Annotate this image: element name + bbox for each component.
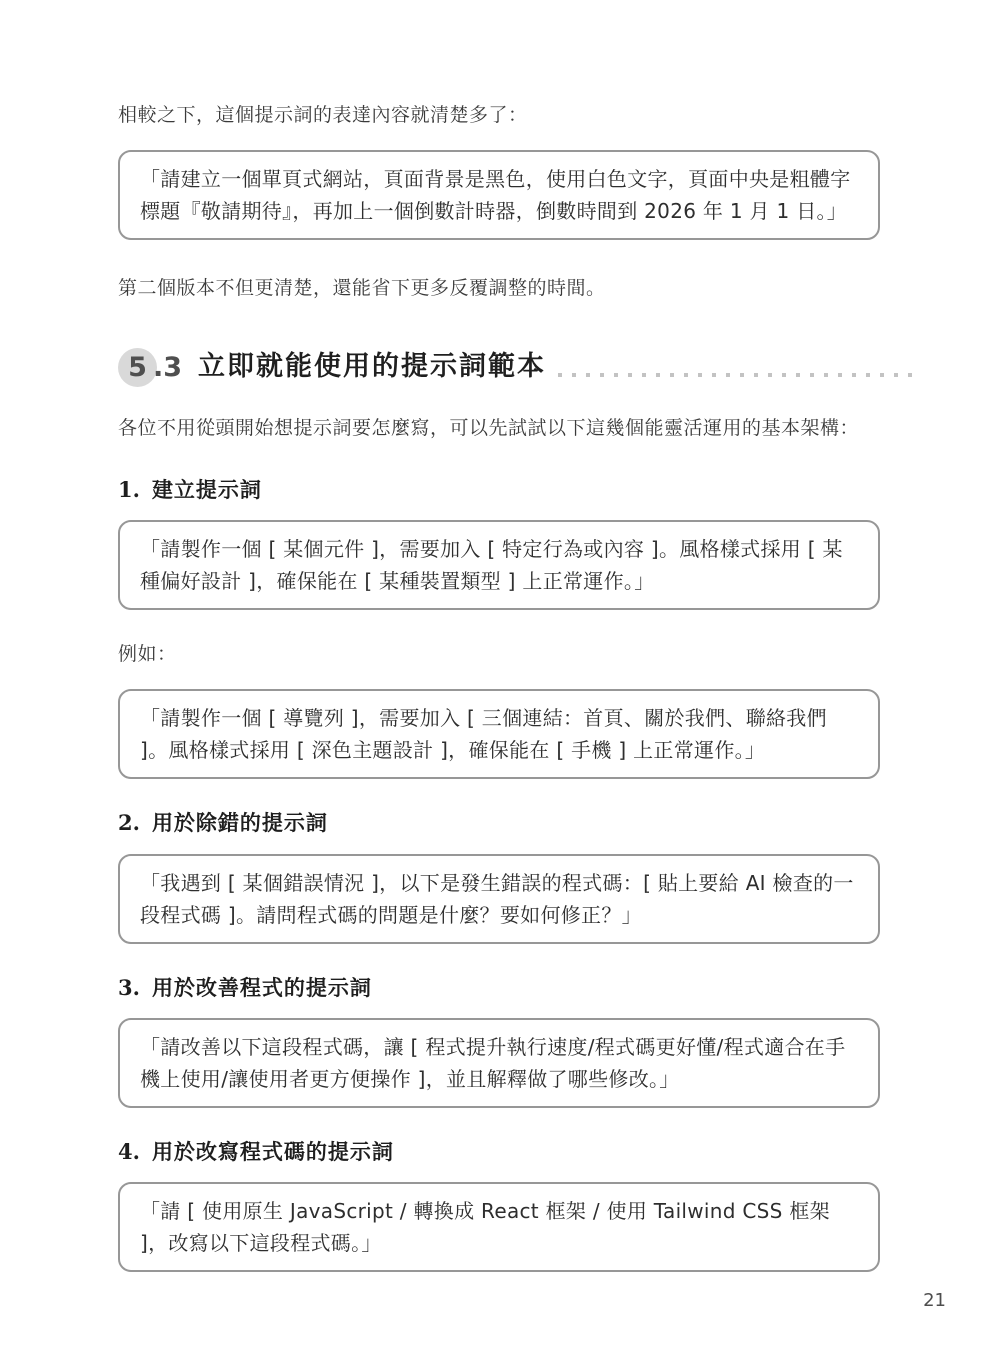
section-heading: 5 .3 立即就能使用的提示詞範本 bbox=[118, 348, 900, 387]
item-number: 4. bbox=[118, 1139, 140, 1164]
item-number: 2. bbox=[118, 810, 140, 835]
prompt-quote-text: 「請製作一個 [ 導覽列 ]，需要加入 [ 三個連結：首頁、關於我們、聯絡我們 … bbox=[140, 702, 858, 766]
intro-followup-text: 第二個版本不但更清楚，還能省下更多反覆調整的時間。 bbox=[118, 271, 900, 306]
item-title: 用於改善程式的提示詞 bbox=[152, 975, 372, 1000]
page-number: 21 bbox=[923, 1290, 946, 1311]
item-heading-4: 4.用於改寫程式碼的提示詞 bbox=[118, 1138, 900, 1165]
item-heading-3: 3.用於改善程式的提示詞 bbox=[118, 974, 900, 1001]
item-title: 用於除錯的提示詞 bbox=[152, 810, 328, 835]
prompt-quote-box-item1-example: 「請製作一個 [ 導覽列 ]，需要加入 [ 三個連結：首頁、關於我們、聯絡我們 … bbox=[118, 689, 880, 779]
prompt-quote-box-intro: 「請建立一個單頁式網站，頁面背景是黑色，使用白色文字，頁面中央是粗體字標題『敬請… bbox=[118, 150, 880, 240]
prompt-quote-text: 「請製作一個 [ 某個元件 ]，需要加入 [ 特定行為或內容 ]。風格樣式採用 … bbox=[140, 533, 858, 597]
prompt-quote-text: 「請改善以下這段程式碼，讓 [ 程式提升執行速度/程式碼更好懂/程式適合在手機上… bbox=[140, 1031, 858, 1095]
prompt-quote-text: 「請建立一個單頁式網站，頁面背景是黑色，使用白色文字，頁面中央是粗體字標題『敬請… bbox=[140, 163, 858, 227]
prompt-quote-box-item3: 「請改善以下這段程式碼，讓 [ 程式提升執行速度/程式碼更好懂/程式適合在手機上… bbox=[118, 1018, 880, 1108]
item-number: 3. bbox=[118, 975, 140, 1000]
item-heading-2: 2.用於除錯的提示詞 bbox=[118, 809, 900, 836]
section-title: 立即就能使用的提示詞範本 bbox=[198, 351, 546, 383]
prompt-quote-box-item2: 「我遇到 [ 某個錯誤情況 ]，以下是發生錯誤的程式碼：[ 貼上要給 AI 檢查… bbox=[118, 854, 880, 944]
item-title: 建立提示詞 bbox=[152, 477, 262, 502]
item-title: 用於改寫程式碼的提示詞 bbox=[152, 1139, 394, 1164]
item-number: 1. bbox=[118, 477, 140, 502]
section-sub-number: .3 bbox=[153, 354, 182, 381]
prompt-quote-box-item1: 「請製作一個 [ 某個元件 ]，需要加入 [ 特定行為或內容 ]。風格樣式採用 … bbox=[118, 520, 880, 610]
section-number: 5 .3 bbox=[118, 348, 182, 387]
section-intro-text: 各位不用從頭開始想提示詞要怎麼寫，可以先試試以下這幾個能靈活運用的基本架構： bbox=[118, 411, 900, 446]
dotted-leader-line bbox=[558, 373, 918, 377]
prompt-quote-text: 「我遇到 [ 某個錯誤情況 ]，以下是發生錯誤的程式碼：[ 貼上要給 AI 檢查… bbox=[140, 867, 858, 931]
prompt-quote-box-item4: 「請 [ 使用原生 JavaScript / 轉換成 React 框架 / 使用… bbox=[118, 1182, 880, 1272]
book-page: 相較之下，這個提示詞的表達內容就清楚多了： 「請建立一個單頁式網站，頁面背景是黑… bbox=[0, 0, 1000, 1353]
intro-lead-text: 相較之下，這個提示詞的表達內容就清楚多了： bbox=[118, 98, 900, 133]
example-label-text: 例如： bbox=[118, 637, 900, 672]
item-heading-1: 1.建立提示詞 bbox=[118, 476, 900, 503]
prompt-quote-text: 「請 [ 使用原生 JavaScript / 轉換成 React 框架 / 使用… bbox=[140, 1195, 858, 1259]
chapter-number-badge: 5 bbox=[118, 348, 157, 387]
